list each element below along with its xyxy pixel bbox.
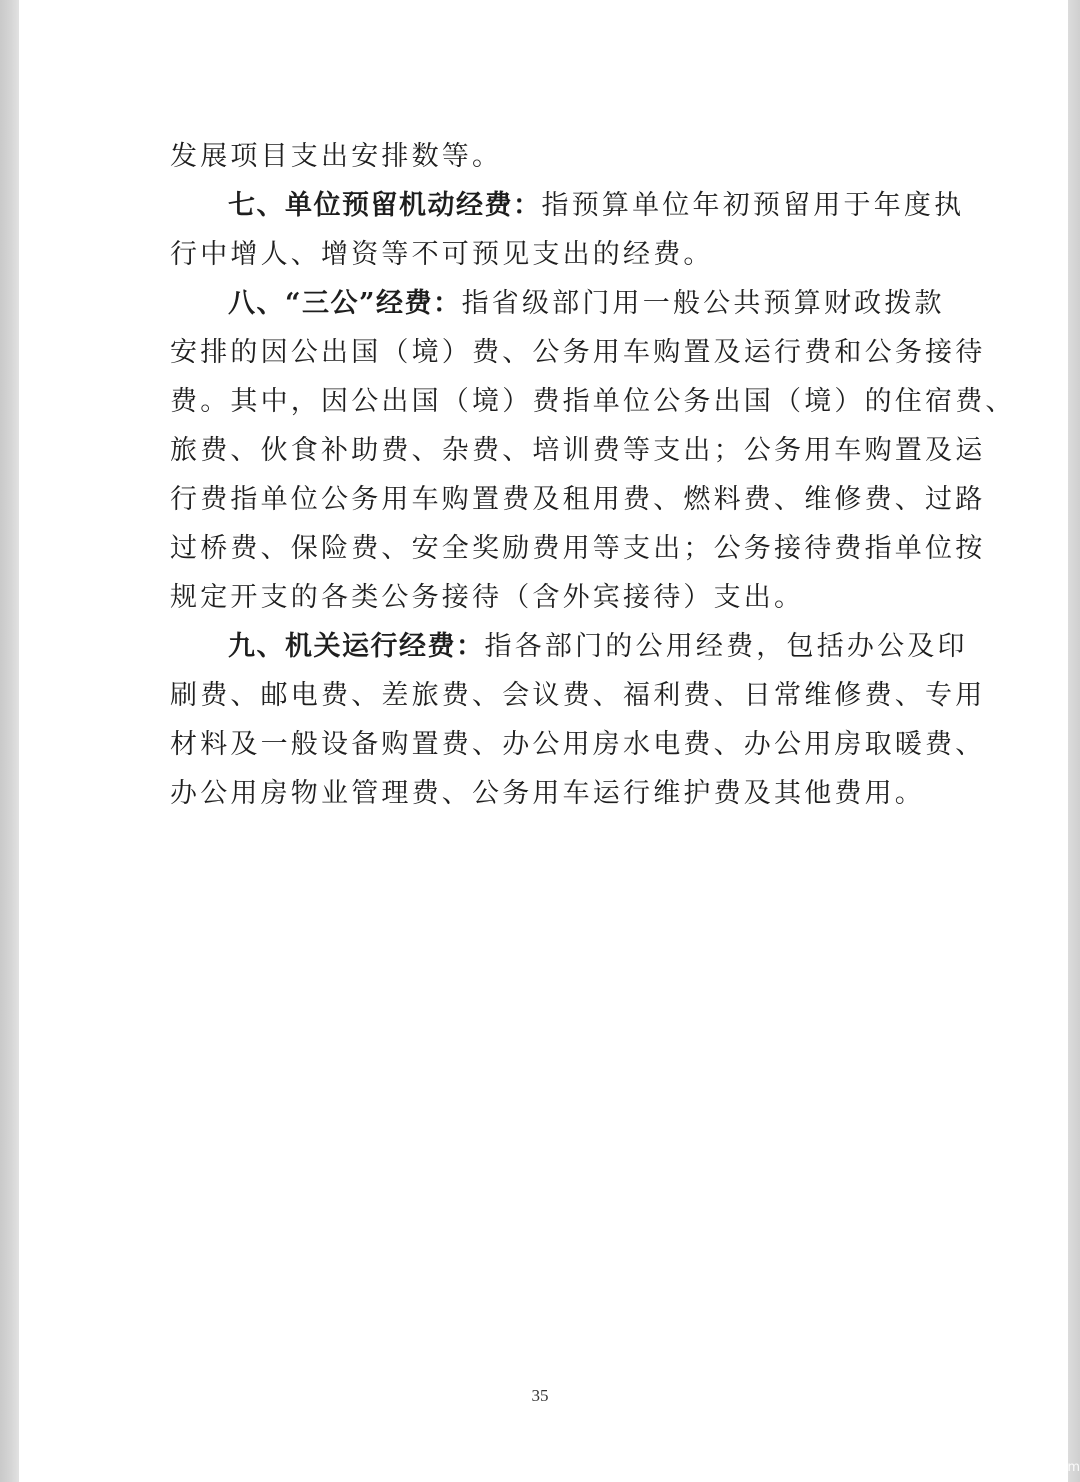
- page-number: 35: [0, 1386, 1080, 1406]
- section-9-line-2: 刷费、邮电费、差旅费、会议费、福利费、日常维修费、专用: [170, 671, 918, 720]
- body-text: 规定开支的各类公务接待（含外宾接待）支出。: [170, 582, 804, 613]
- section-7-heading: 七、单位预留机动经费：: [228, 190, 542, 221]
- body-text: 旅费、伙食补助费、杂费、培训费等支出；公务用车购置及运: [170, 435, 985, 466]
- body-text: 材料及一般设备购置费、办公用房水电费、办公用房取暖费、: [170, 729, 985, 760]
- body-text: 发展项目支出安排数等。: [170, 141, 502, 172]
- body-text: 指省级部门用一般公共预算财政拨款: [462, 288, 945, 319]
- section-7-line-2: 行中增人、增资等不可预见支出的经费。: [170, 230, 918, 279]
- body-text: 行费指单位公务用车购置费及租用费、燃料费、维修费、过路: [170, 484, 985, 515]
- section-8-heading: 八、“三公”经费：: [228, 288, 462, 319]
- watermark-fragment: om: [1059, 1460, 1080, 1475]
- document-body: 发展项目支出安排数等。 七、单位预留机动经费：指预算单位年初预留用于年度执 行中…: [170, 132, 918, 818]
- body-text: 指预算单位年初预留用于年度执: [542, 190, 965, 221]
- body-text: 刷费、邮电费、差旅费、会议费、福利费、日常维修费、专用: [170, 680, 985, 711]
- section-8-line-2: 安排的因公出国（境）费、公务用车购置及运行费和公务接待: [170, 328, 918, 377]
- body-text: 指各部门的公用经费，包括办公及印: [485, 631, 968, 662]
- section-9-line-3: 材料及一般设备购置费、办公用房水电费、办公用房取暖费、: [170, 720, 918, 769]
- section-9-line-1: 九、机关运行经费：指各部门的公用经费，包括办公及印: [170, 622, 918, 671]
- body-text: 安排的因公出国（境）费、公务用车购置及运行费和公务接待: [170, 337, 985, 368]
- body-text: 行中增人、增资等不可预见支出的经费。: [170, 239, 714, 270]
- section-8-line-3: 费。其中，因公出国（境）费指单位公务出国（境）的住宿费、: [170, 377, 918, 426]
- section-8-line-4: 旅费、伙食补助费、杂费、培训费等支出；公务用车购置及运: [170, 426, 918, 475]
- body-text: 办公用房物业管理费、公务用车运行维护费及其他费用。: [170, 778, 925, 809]
- section-8-line-6: 过桥费、保险费、安全奖励费用等支出；公务接待费指单位按: [170, 524, 918, 573]
- section-8-line-7: 规定开支的各类公务接待（含外宾接待）支出。: [170, 573, 918, 622]
- body-text: 过桥费、保险费、安全奖励费用等支出；公务接待费指单位按: [170, 533, 985, 564]
- scan-edge-left: [0, 0, 19, 1482]
- section-9-heading: 九、机关运行经费：: [228, 631, 485, 662]
- scan-edge-right: [1068, 0, 1080, 1482]
- section-8-line-1: 八、“三公”经费：指省级部门用一般公共预算财政拨款: [170, 279, 918, 328]
- section-7-line-1: 七、单位预留机动经费：指预算单位年初预留用于年度执: [170, 181, 918, 230]
- section-9-line-4: 办公用房物业管理费、公务用车运行维护费及其他费用。: [170, 769, 918, 818]
- body-text: 费。其中，因公出国（境）费指单位公务出国（境）的住宿费、: [170, 386, 1016, 417]
- paragraph-continuation-line-1: 发展项目支出安排数等。: [170, 132, 918, 181]
- section-8-line-5: 行费指单位公务用车购置费及租用费、燃料费、维修费、过路: [170, 475, 918, 524]
